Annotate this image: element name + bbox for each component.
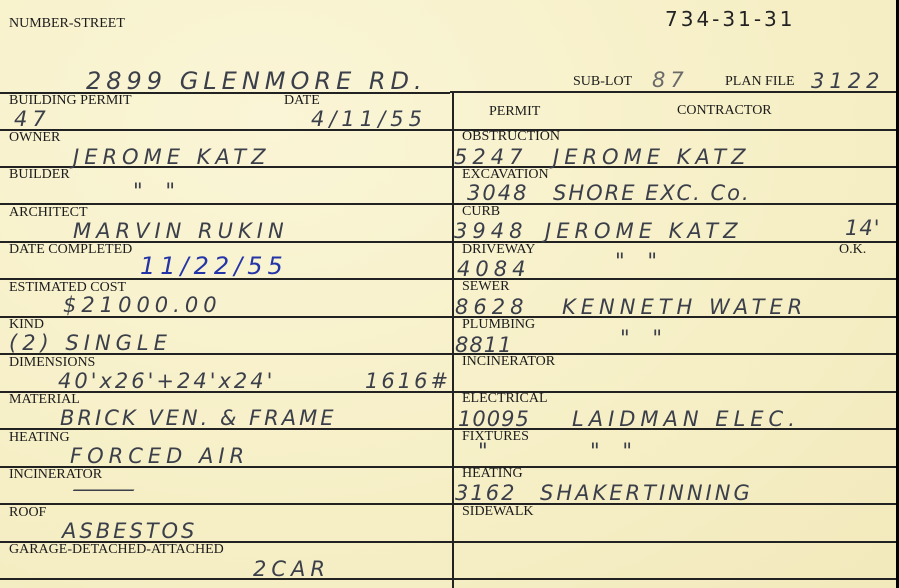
value-date: 4/11/55 [311, 108, 427, 130]
label-architect: ARCHITECT [9, 206, 88, 220]
header-permit: PERMIT [489, 105, 540, 119]
contractor-heating: SHAKERTINNING [540, 482, 753, 504]
note-curb: 14' [845, 217, 881, 239]
rule [0, 578, 896, 580]
label-sub-lot: SUB-LOT [573, 75, 632, 89]
label-obstruction: OBSTRUCTION [462, 130, 560, 144]
label-heating-right: HEATING [462, 467, 523, 481]
value-estimated-cost: $21000.00 [63, 294, 222, 316]
value-incinerator: — [70, 478, 137, 500]
value-date-completed: 11/22/55 [140, 255, 288, 277]
value-architect: MARVIN RUKIN [73, 220, 289, 242]
label-roof: ROOF [9, 506, 46, 520]
label-kind: KIND [9, 318, 44, 332]
header-contractor: CONTRACTOR [677, 104, 772, 118]
label-owner: OWNER [9, 131, 60, 145]
permit-index-card: NUMBER-STREET 734-31-31 2899 GLENMORE RD… [0, 0, 896, 588]
label-driveway: DRIVEWAY [462, 243, 535, 257]
permit-driveway: 4084 [457, 258, 530, 280]
label-fixtures: FIXTURES [462, 430, 529, 444]
contractor-electrical: LAIDMAN ELEC. [572, 408, 800, 430]
value-owner: JEROME KATZ [73, 146, 270, 168]
value-building-permit: 47 [14, 108, 51, 130]
permit-obstruction: 5247 [454, 146, 527, 168]
contractor-excavation: SHORE EXC. Co. [553, 182, 751, 204]
rule [0, 203, 896, 205]
permit-electrical: 10095 [458, 408, 530, 430]
contractor-obstruction: JEROME KATZ [553, 146, 750, 168]
permit-excavation: 3048 [467, 182, 528, 204]
label-garage: GARAGE-DETACHED-ATTACHED [9, 543, 224, 557]
value-sub-lot: 87 [652, 69, 689, 91]
value-roof: ASBESTOS [62, 520, 197, 542]
permit-fixtures: " [478, 440, 493, 462]
value-material: BRICK VEN. & FRAME [60, 407, 336, 429]
value-dimensions-area: 1616# [365, 370, 451, 392]
label-excavation: EXCAVATION [462, 168, 549, 182]
label-date: DATE [284, 94, 320, 108]
label-curb: CURB [462, 205, 500, 219]
permit-plumbing: 8811 [455, 334, 512, 356]
label-dimensions: DIMENSIONS [9, 356, 95, 370]
label-building-permit: BUILDING PERMIT [9, 94, 132, 108]
rule [0, 278, 896, 280]
label-number-street: NUMBER-STREET [9, 17, 125, 31]
value-garage: 2CAR [253, 558, 330, 580]
permit-curb: 3948 [454, 220, 527, 242]
label-heating: HEATING [9, 431, 70, 445]
label-date-completed: DATE COMPLETED [9, 243, 132, 257]
value-kind: (2) SINGLE [9, 332, 172, 354]
rule [450, 91, 896, 93]
contractor-curb: JEROME KATZ [545, 220, 742, 242]
contractor-driveway: " " [615, 250, 665, 272]
value-builder: " " [133, 180, 183, 202]
value-dimensions: 40'x26'+24'x24' [58, 370, 275, 392]
value-number-street: 2899 GLENMORE RD. [86, 70, 427, 92]
label-plan-file: PLAN FILE [725, 75, 795, 89]
label-material: MATERIAL [9, 393, 80, 407]
label-plumbing: PLUMBING [462, 318, 535, 332]
permit-heating: 3162 [455, 482, 516, 504]
rule [0, 503, 896, 505]
rule [0, 129, 896, 131]
contractor-sewer: KENNETH WATER [562, 296, 807, 318]
contractor-plumbing: " " [620, 327, 670, 349]
label-sidewalk: SIDEWALK [462, 505, 534, 519]
label-sewer: SEWER [462, 280, 509, 294]
label-electrical: ELECTRICAL [462, 392, 548, 406]
card-number: 734-31-31 [665, 8, 796, 30]
label-incinerator-right: INCINERATOR [462, 355, 555, 369]
permit-sewer: 8628 [455, 296, 528, 318]
note-driveway: O.K. [839, 243, 866, 257]
value-plan-file: 3122 [811, 70, 884, 92]
value-heating: FORCED AIR [70, 445, 249, 467]
contractor-fixtures: " " [590, 440, 640, 462]
label-builder: BUILDER [9, 168, 70, 182]
